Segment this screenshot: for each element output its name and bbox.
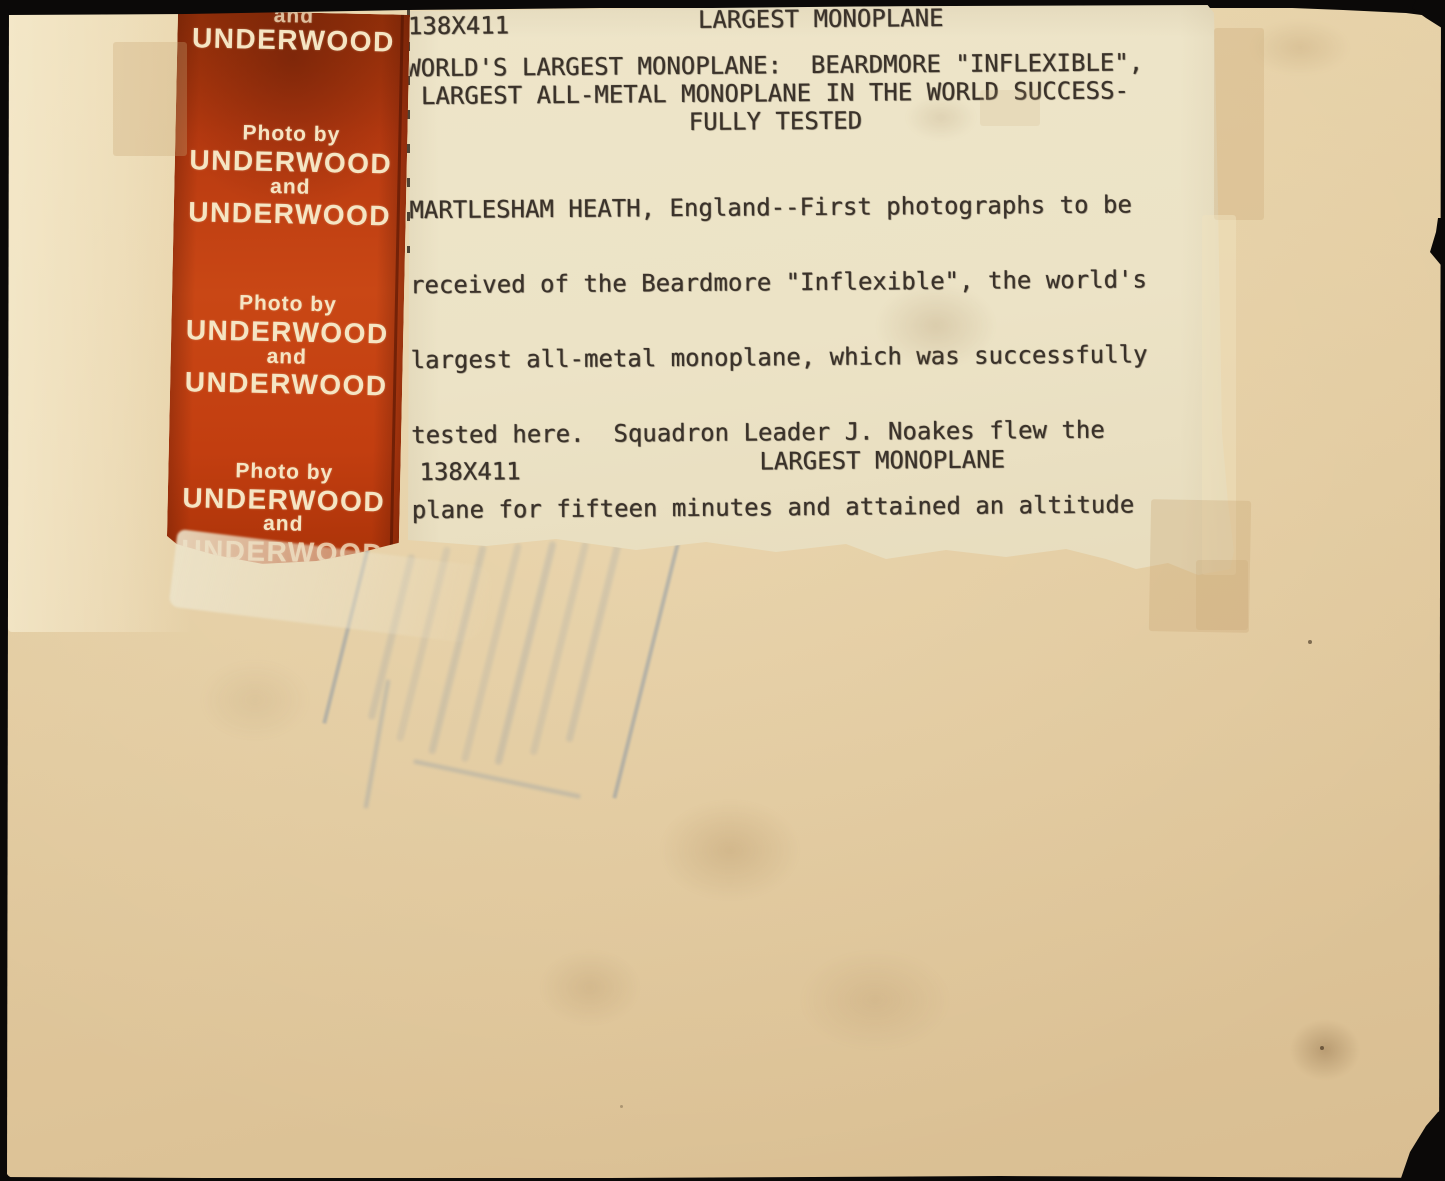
ink-speck	[620, 1105, 623, 1108]
body-line: largest all-metal monoplane, which was s…	[410, 342, 1176, 373]
body-line: plane for fifteen minutes and attained a…	[412, 492, 1178, 523]
tape-piece	[113, 42, 187, 156]
label-underwood-1b: UNDERWOOD	[173, 196, 406, 233]
caption-stain	[876, 283, 996, 368]
caption-sheet: 138X411 LARGEST MONOPLANE WORLD'S LARGES…	[406, 3, 1238, 583]
headline-line-3: FULLY TESTED	[689, 107, 863, 136]
label-underwood-2b: UNDERWOOD	[170, 366, 403, 403]
ref-number-bottom: 138X411	[419, 457, 520, 486]
tape-piece	[980, 90, 1040, 126]
stamp-border-line	[612, 543, 679, 798]
body-line: MARTLESHAM HEATH, England--First photogr…	[409, 192, 1175, 223]
stamp-text-line	[494, 541, 556, 766]
slug-line-bottom: LARGEST MONOPLANE	[759, 446, 1005, 476]
photo-verso-scan: 138X411 LARGEST MONOPLANE WORLD'S LARGES…	[0, 0, 1445, 1181]
label-top-name: UNDERWOOD	[177, 22, 410, 59]
stamp-mark	[413, 759, 580, 798]
stamp-text-line	[529, 540, 589, 755]
ref-number-top: 138X411	[408, 11, 509, 40]
underwood-credit-label: and UNDERWOOD Photo by UNDERWOOD and UND…	[166, 10, 410, 575]
body-line: tested here. Squadron Leader J. Noakes f…	[411, 417, 1177, 448]
typewritten-text: 138X411 LARGEST MONOPLANE WORLD'S LARGES…	[404, 0, 1228, 566]
slug-line-top: LARGEST MONOPLANE	[698, 4, 944, 34]
ink-speck	[1320, 1046, 1324, 1050]
body-line: received of the Beardmore "Inflexible", …	[410, 267, 1176, 298]
caption-stain	[906, 95, 976, 140]
tape-piece	[1214, 28, 1264, 220]
ink-speck	[1308, 640, 1312, 644]
tape-piece	[1196, 560, 1248, 630]
